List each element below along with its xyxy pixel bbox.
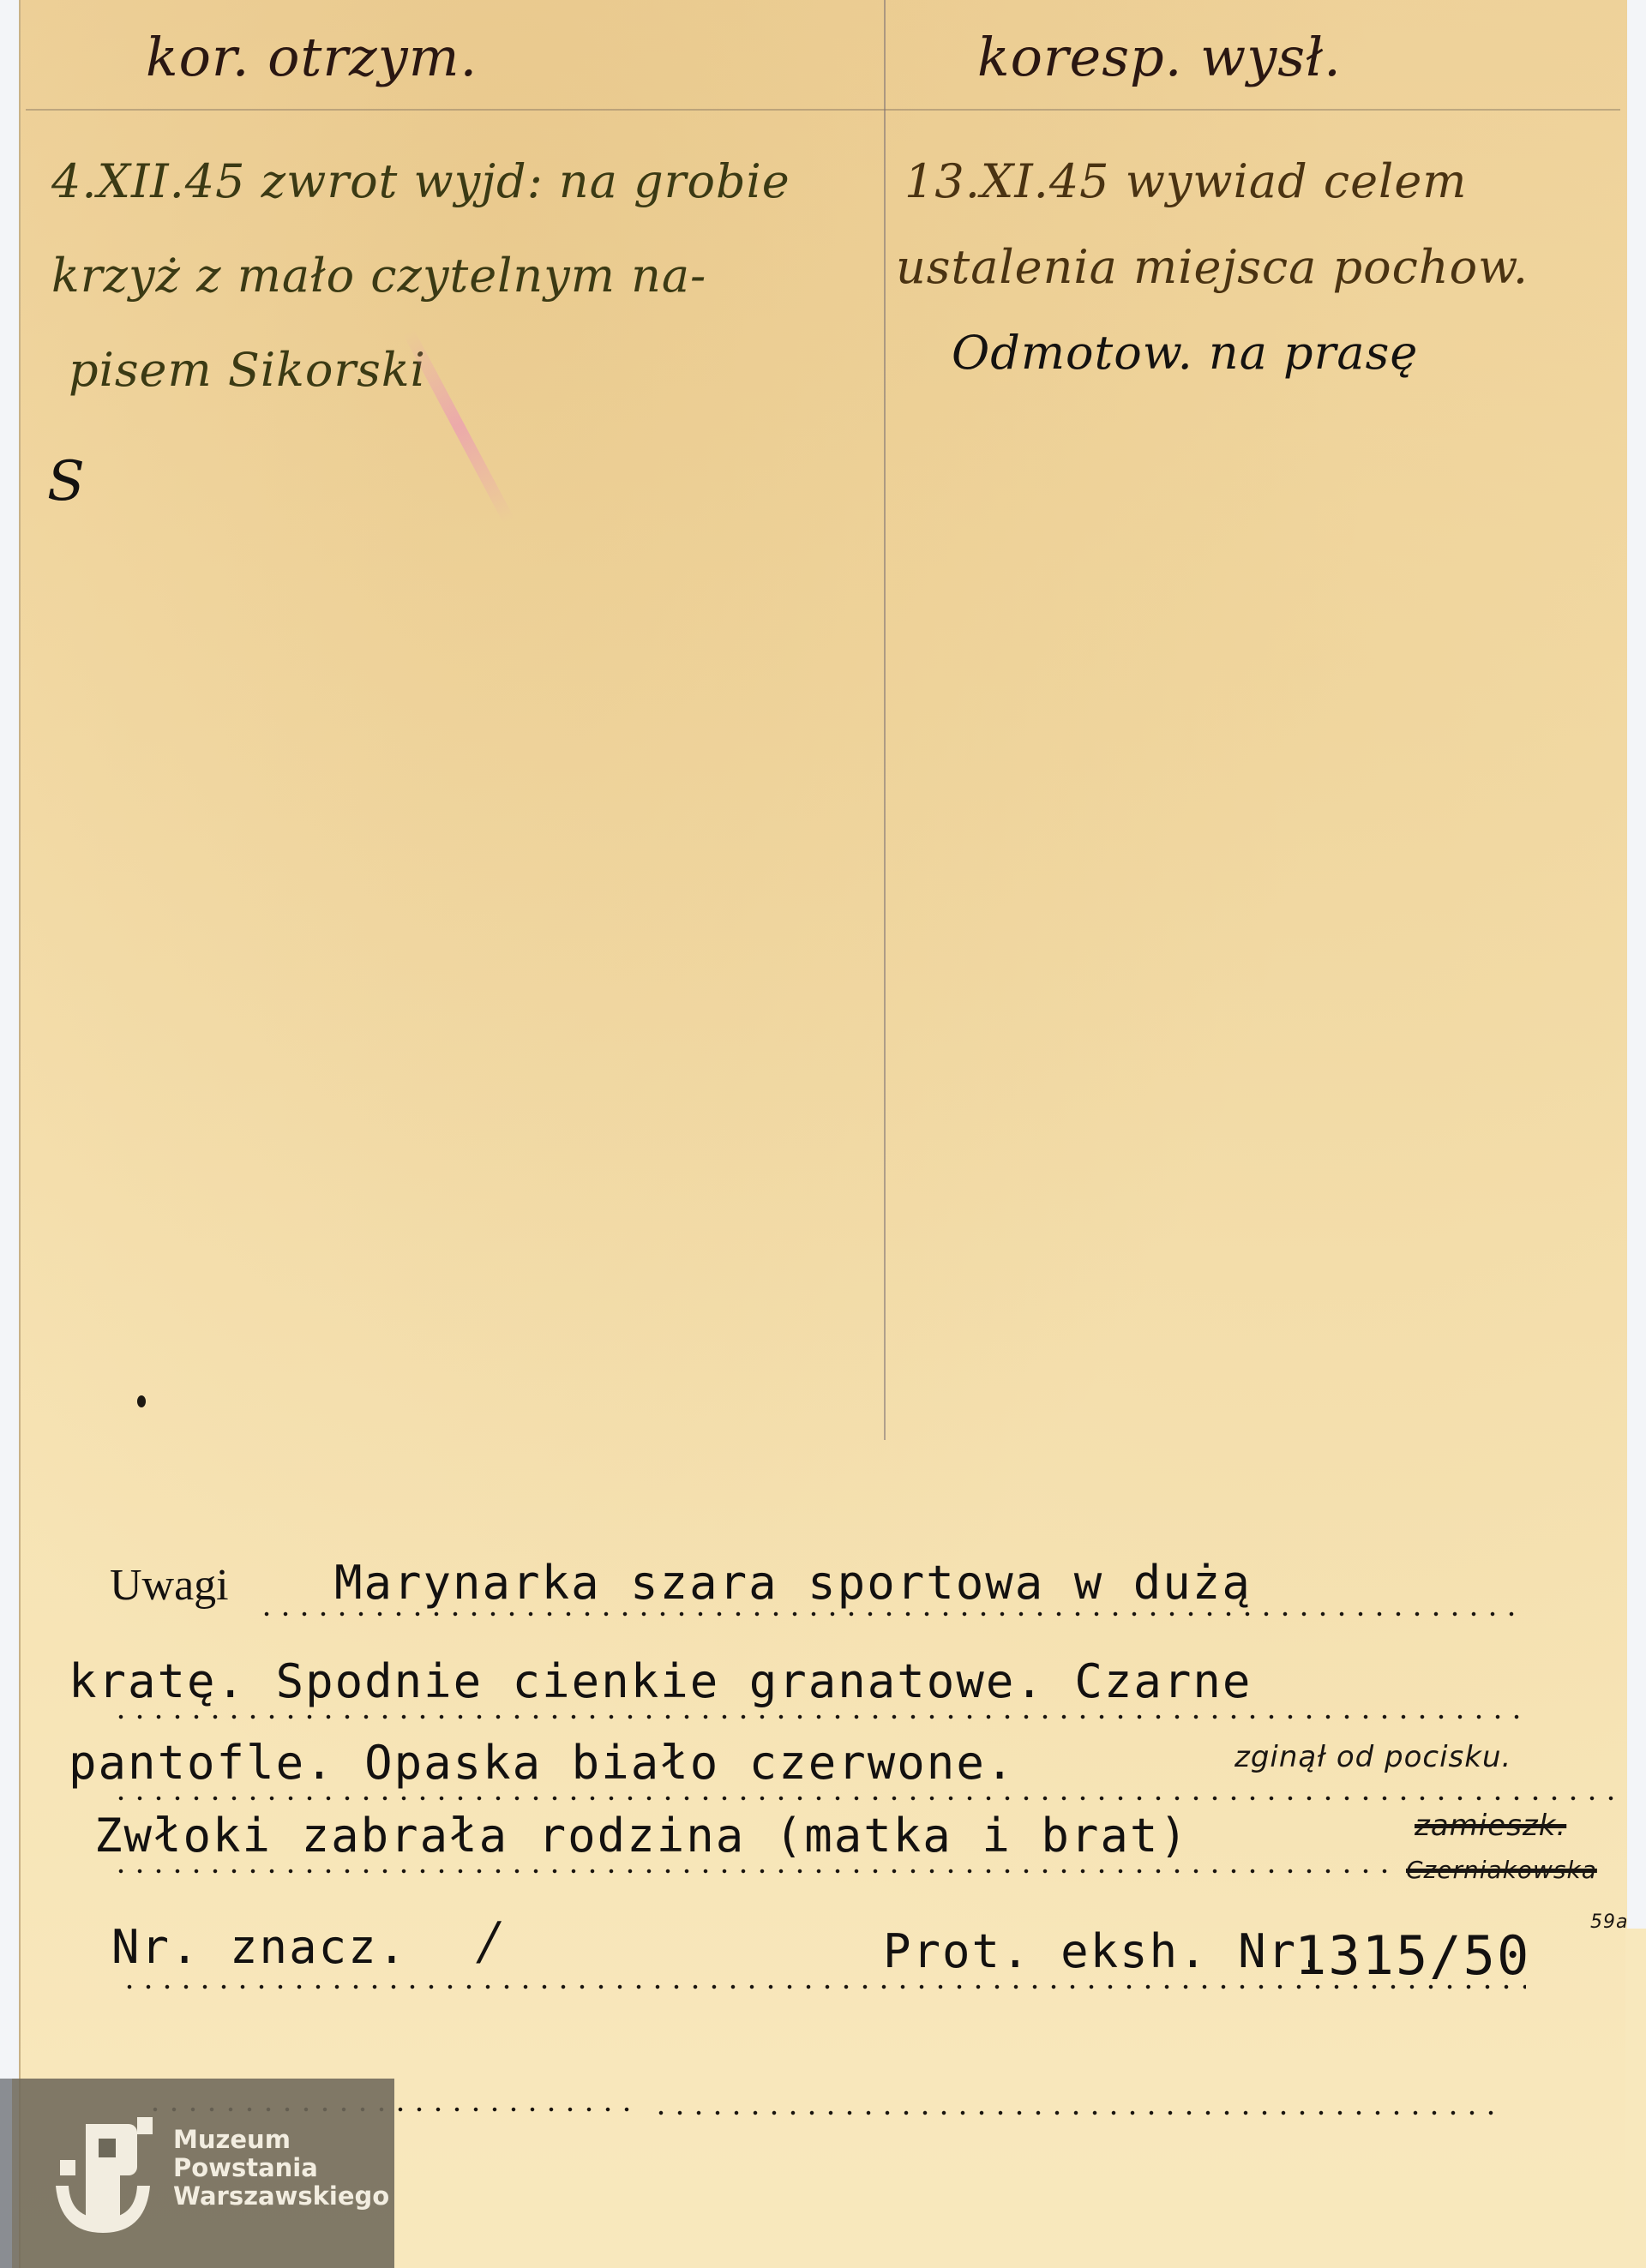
dotted-line bbox=[111, 1714, 1526, 1719]
protocol-label: Prot. eksh. Nr. bbox=[883, 1924, 1327, 1978]
museum-name: Muzeum Powstania Warszawskiego bbox=[173, 2126, 389, 2211]
remarks-annotation-struck-1: zamieszk. bbox=[1415, 1809, 1566, 1843]
column-divider bbox=[884, 0, 886, 1440]
header-rule bbox=[26, 109, 1620, 111]
remarks-label: Uwagi bbox=[110, 1560, 229, 1611]
paper-edge bbox=[1625, 1929, 1646, 2268]
museum-name-line-1: Muzeum bbox=[173, 2126, 389, 2154]
watermark-edge bbox=[0, 2079, 12, 2268]
kotwica-anchor-icon bbox=[51, 2117, 163, 2237]
received-line-1: 4.XII.45 zwrot wyjd: na grobie bbox=[51, 146, 790, 218]
sent-line-3: Odmotow. na prasę bbox=[952, 317, 1418, 389]
left-column-header: kor. otrzym. bbox=[146, 26, 478, 88]
museum-name-line-3: Warszawskiego bbox=[173, 2182, 389, 2211]
dotted-line bbox=[120, 1984, 1526, 1989]
remarks-line-3: pantofle. Opaska biało czerwone. bbox=[69, 1736, 1015, 1790]
sent-line-1: 13.XI.45 wywiad celem bbox=[904, 146, 1467, 218]
received-line-2: krzyż z mało czytelnym na- bbox=[51, 240, 706, 312]
remarks-annotation-struck-2: Czerniakowska bbox=[1406, 1856, 1597, 1884]
marker-number-value: / bbox=[480, 1911, 498, 1971]
remarks-line-1: Marynarka szara sportowa w dużą bbox=[334, 1556, 1252, 1610]
protocol-superscript: 59a bbox=[1590, 1911, 1628, 1933]
ink-spot bbox=[137, 1395, 146, 1407]
received-line-3: pisem Sikorski bbox=[69, 334, 426, 406]
dotted-line bbox=[652, 2110, 1500, 2115]
marginal-mark: S bbox=[47, 450, 86, 513]
dotted-line bbox=[257, 1611, 1526, 1617]
sent-line-2: ustalenia miejsca pochow. bbox=[896, 231, 1529, 303]
protocol-number: 1315/50 bbox=[1295, 1924, 1530, 1987]
right-column-header: koresp. wysł. bbox=[977, 26, 1342, 88]
museum-name-line-2: Powstania bbox=[173, 2154, 389, 2182]
remarks-line-2: kratę. Spodnie cienkie granatowe. Czarne bbox=[69, 1654, 1252, 1708]
remarks-annotation-cause: zginął od pocisku. bbox=[1234, 1740, 1511, 1774]
dotted-line bbox=[111, 1869, 1397, 1874]
marker-number-label: Nr. znacz. bbox=[111, 1920, 407, 1974]
remarks-line-4: Zwłoki zabrała rodzina (matka i brat) bbox=[94, 1809, 1189, 1863]
dotted-line bbox=[111, 1796, 1620, 1801]
